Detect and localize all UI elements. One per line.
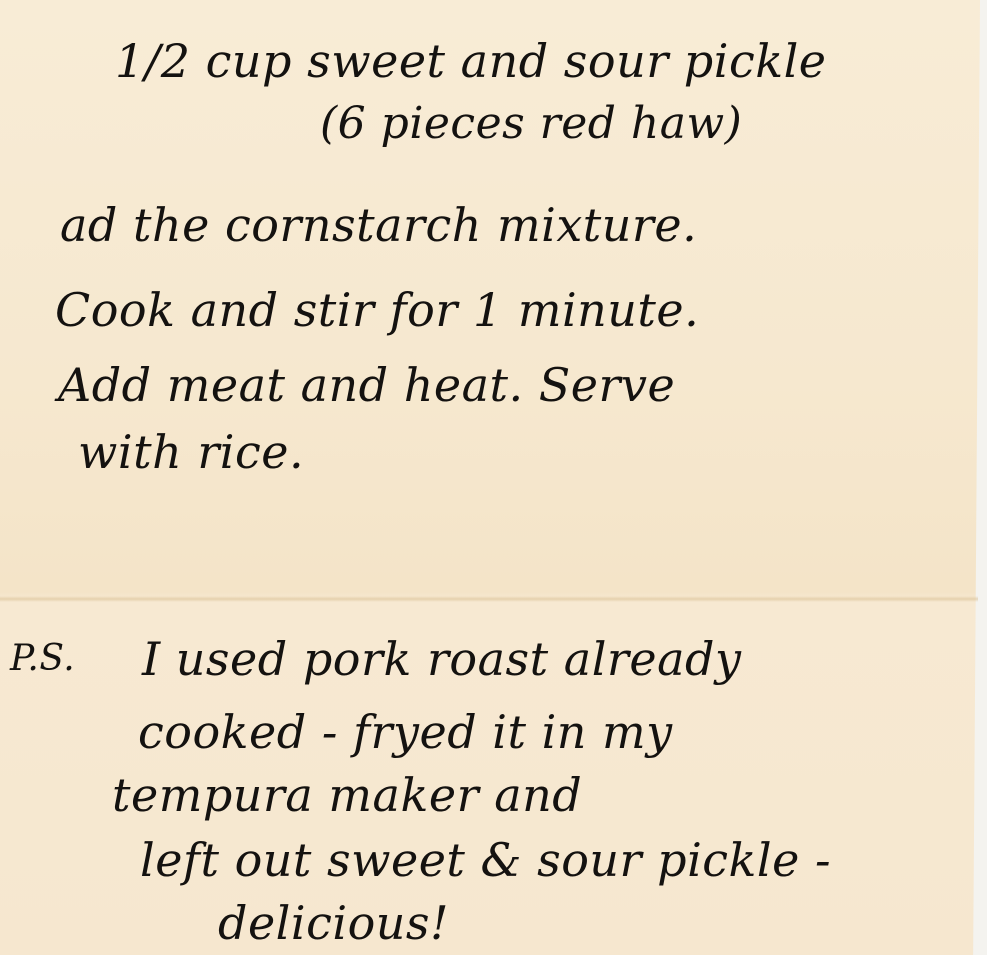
postscript-line: tempura maker and [112,768,582,822]
instruction-line: with rice. [78,425,304,479]
instruction-line: ad the cornstarch mixture. [60,198,697,252]
ingredient-note: (6 pieces red haw) [320,98,742,149]
instruction-line: Add meat and heat. Serve [58,358,675,412]
postscript-line: cooked - fryed it in my [138,705,673,759]
postscript-line: left out sweet & sour pickle - [140,833,831,887]
instruction-line: Cook and stir for 1 minute. [55,283,699,337]
postscript-line: I used pork roast already [142,632,741,686]
postscript-line: delicious! [218,896,449,950]
ingredient-line: 1/2 cup sweet and sour pickle [115,34,827,88]
postscript-label: P.S. [10,638,75,679]
paper-fold-crease [0,596,978,602]
